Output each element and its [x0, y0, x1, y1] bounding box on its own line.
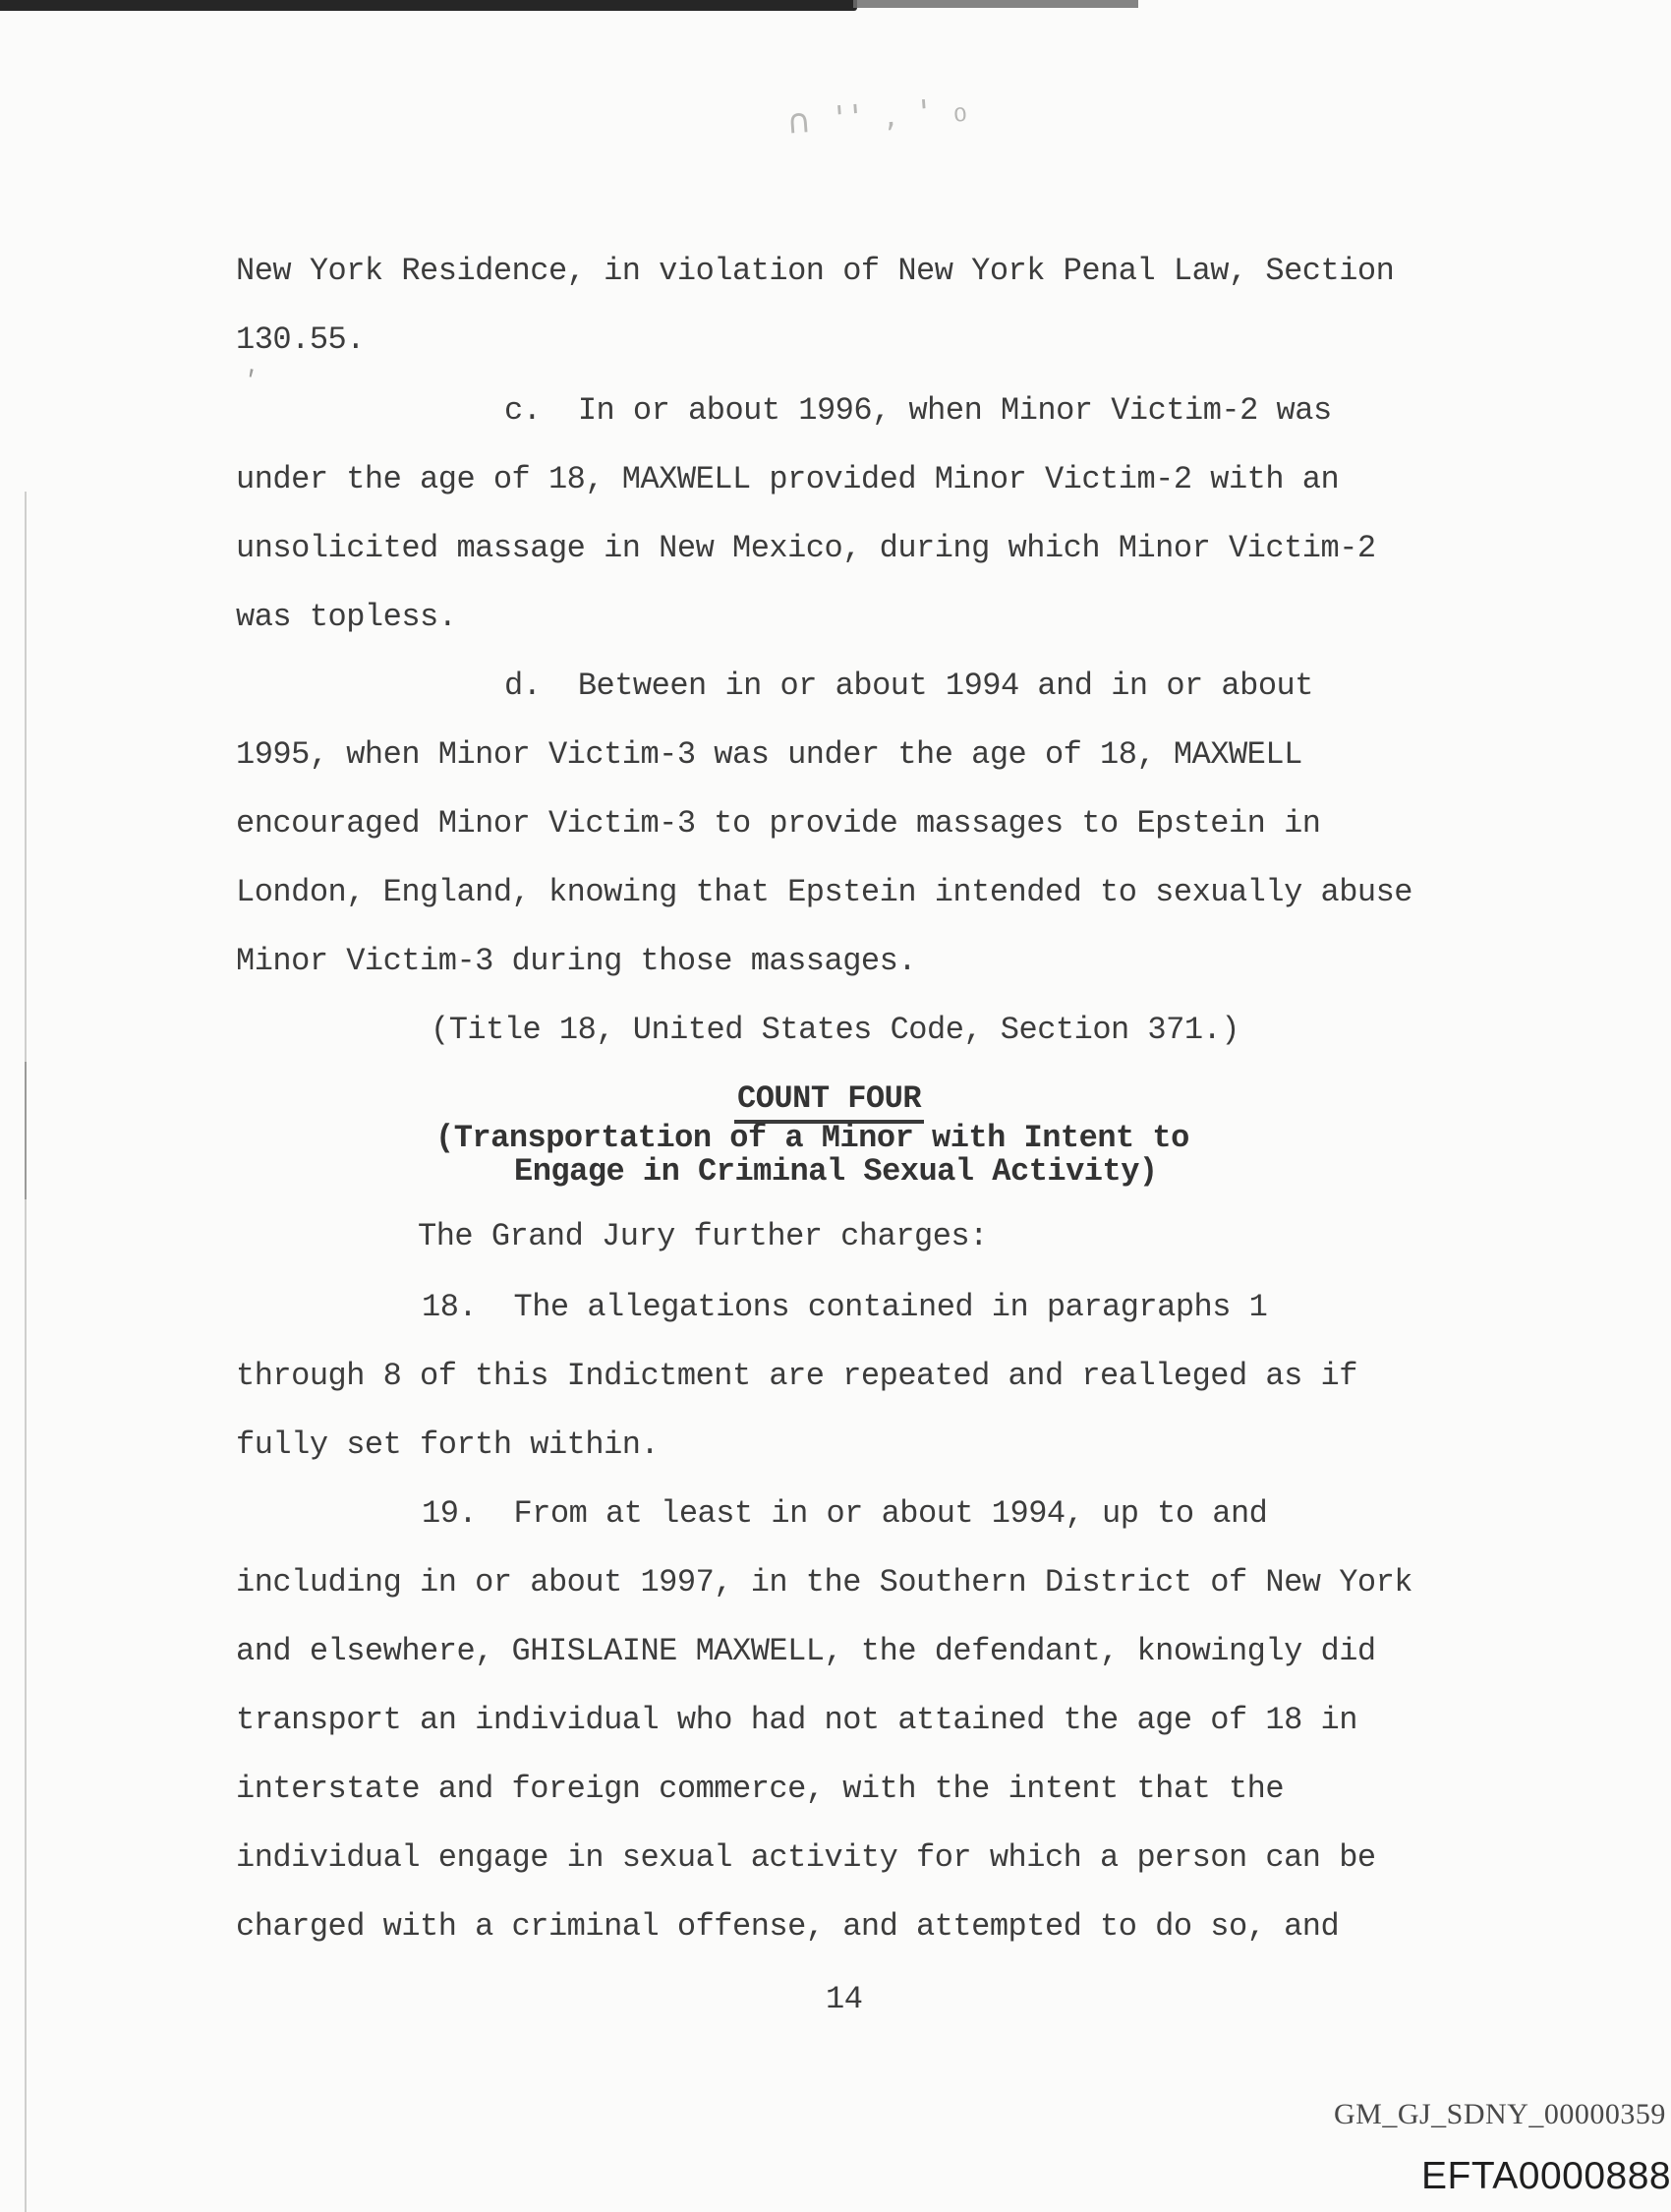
document-line: including in or about 1997, in the South… [236, 1563, 1412, 1602]
handwritten-mark: ∩ '' , ' ₀ [785, 89, 975, 142]
scan-edge-bar-dark [0, 0, 857, 11]
document-line: c. In or about 1996, when Minor Victim-2… [504, 391, 1332, 431]
document-line: New York Residence, in violation of New … [236, 252, 1394, 291]
page-number: 14 [826, 1980, 862, 2019]
document-line: 130.55. [236, 320, 365, 360]
document-line: d. Between in or about 1994 and in or ab… [504, 667, 1313, 706]
document-line: unsolicited massage in New Mexico, durin… [236, 529, 1376, 568]
document-line: transport an individual who had not atta… [236, 1701, 1357, 1740]
bates-number-gj: GM_GJ_SDNY_00000359 [1334, 2098, 1666, 2131]
scan-left-line-dark-segment [25, 1062, 27, 1199]
document-line: 1995, when Minor Victim-3 was under the … [236, 735, 1302, 775]
document-line: through 8 of this Indictment are repeate… [236, 1357, 1357, 1396]
count-four-heading: COUNT FOUR [734, 1079, 924, 1124]
count-four-subheading-line2: Engage in Criminal Sexual Activity) [514, 1152, 1158, 1192]
document-line: The Grand Jury further charges: [418, 1217, 988, 1256]
document-line: London, England, knowing that Epstein in… [236, 873, 1412, 912]
document-line: individual engage in sexual activity for… [236, 1838, 1376, 1878]
document-line: 18. The allegations contained in paragra… [422, 1288, 1267, 1327]
scanned-indictment-page: ∩ '' , ' ₀ ' New York Residence, in viol… [0, 0, 1671, 2212]
document-line: and elsewhere, GHISLAINE MAXWELL, the de… [236, 1632, 1376, 1671]
document-line: was topless. [236, 598, 456, 637]
document-line: interstate and foreign commerce, with th… [236, 1770, 1284, 1809]
document-line: under the age of 18, MAXWELL provided Mi… [236, 460, 1339, 499]
document-line: fully set forth within. [236, 1426, 659, 1465]
scan-edge-bar-gray [853, 0, 1138, 8]
document-line: 19. From at least in or about 1994, up t… [422, 1494, 1267, 1534]
document-line: charged with a criminal offense, and att… [236, 1907, 1339, 1947]
bates-number-efta: EFTA00008887 [1421, 2155, 1671, 2198]
document-line: encouraged Minor Victim-3 to provide mas… [236, 804, 1320, 844]
statute-citation-line: (Title 18, United States Code, Section 3… [431, 1011, 1239, 1050]
scan-left-line [25, 492, 27, 2212]
document-line: Minor Victim-3 during those massages. [236, 942, 916, 981]
scan-speckle: ' [239, 365, 260, 397]
